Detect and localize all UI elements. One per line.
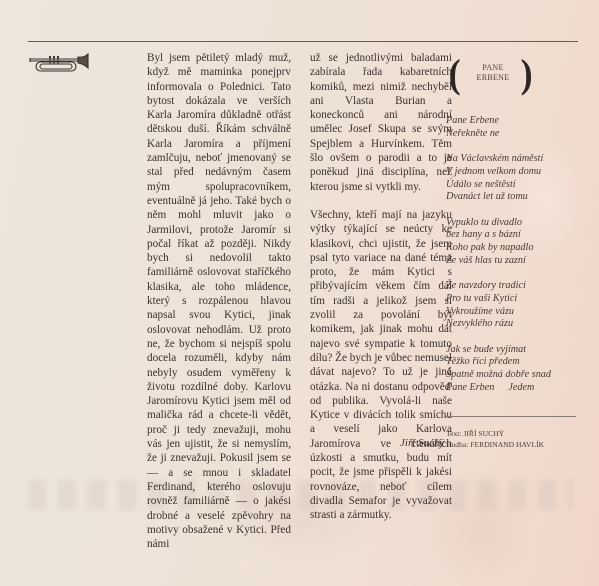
stanza: Že navzdory tradici Pro tu vaši Kytici V… bbox=[446, 280, 586, 331]
song-lyrics: Pane Erbene Neřekněte ne Na Václavském n… bbox=[446, 115, 586, 394]
stanza: Vypuklo tu divadlo bez hany a s bázní Ko… bbox=[446, 217, 586, 268]
left-bracket-ornament: ( bbox=[449, 58, 461, 90]
trumpet-icon bbox=[28, 53, 94, 75]
essay-paragraph: Byl jsem pětiletý mladý muž, když mě mam… bbox=[147, 51, 291, 551]
author-signature: Jiří Suchý bbox=[400, 437, 444, 449]
faded-ornament-band bbox=[28, 480, 573, 510]
lyric-line: Pane Erbene bbox=[446, 115, 586, 128]
lyric-line: Že váš hlas tu zazní bbox=[446, 255, 586, 268]
lyric-line: Na Václavském náměstí bbox=[446, 153, 586, 166]
essay-paragraph: Všechny, kteří mají na jazyku výtky týka… bbox=[310, 208, 452, 523]
credit-name: FERDINAND HAVLÍK bbox=[470, 440, 544, 449]
essay-column-1: Byl jsem pětiletý mladý muž, když mě mam… bbox=[147, 51, 291, 551]
essay-column-2: už se jednotlivými baladami zabírala řad… bbox=[310, 51, 452, 523]
right-bracket-ornament: ) bbox=[521, 58, 533, 90]
top-rule bbox=[28, 41, 578, 42]
music-credit: Hudba: FERDINAND HAVLÍK bbox=[446, 439, 544, 450]
song-title-line-1: PANE bbox=[465, 63, 521, 73]
song-credits: Text: JIŘÍ SUCHÝ Hudba: FERDINAND HAVLÍK bbox=[446, 428, 544, 450]
lyric-line: Údálo se neštěstí bbox=[446, 179, 586, 192]
lyric-line: Špatně možná dobře snad bbox=[446, 369, 586, 382]
lyric-line: Nezvyklého rázu bbox=[446, 318, 586, 331]
song-title-line-2: ERBENE bbox=[465, 73, 521, 83]
lyric-line: V jednom velkom domu bbox=[446, 166, 586, 179]
credits-rule bbox=[446, 416, 576, 417]
lyric-line: Dvanáct let už tomu bbox=[446, 191, 586, 204]
lyric-line: Koho pak by napadlo bbox=[446, 242, 586, 255]
song-title: ( PANE ERBENE ) bbox=[448, 58, 580, 90]
lyric-fragment: Jedem bbox=[508, 382, 534, 393]
lyric-line: Neřekněte ne bbox=[446, 128, 586, 141]
lyric-line: Jak se bude vyjímat bbox=[446, 344, 586, 357]
lyric-line: Vypuklo tu divadlo bbox=[446, 217, 586, 230]
stanza: Pane Erbene Neřekněte ne bbox=[446, 115, 586, 140]
lyric-fragment: Pane Erben bbox=[446, 382, 494, 393]
lyric-line: Těžko říci předem bbox=[446, 356, 586, 369]
lyrics-credit: Text: JIŘÍ SUCHÝ bbox=[446, 428, 544, 439]
credit-label: Hudba: bbox=[446, 440, 468, 449]
lyric-line-final: Pane ErbenJedem bbox=[446, 382, 586, 395]
credit-name: JIŘÍ SUCHÝ bbox=[463, 429, 504, 438]
lyric-line: Pro tu vaši Kytici bbox=[446, 293, 586, 306]
credit-label: Text: bbox=[446, 429, 462, 438]
song-title-text: PANE ERBENE bbox=[465, 63, 521, 83]
lyric-line: Vykroužíme vázu bbox=[446, 306, 586, 319]
stanza: Jak se bude vyjímat Těžko říci předem Šp… bbox=[446, 344, 586, 395]
lyric-line: bez hany a s bázní bbox=[446, 229, 586, 242]
lyric-line: Že navzdory tradici bbox=[446, 280, 586, 293]
essay-paragraph: už se jednotlivými baladami zabírala řad… bbox=[310, 51, 452, 194]
stanza: Na Václavském náměstí V jednom velkom do… bbox=[446, 153, 586, 204]
